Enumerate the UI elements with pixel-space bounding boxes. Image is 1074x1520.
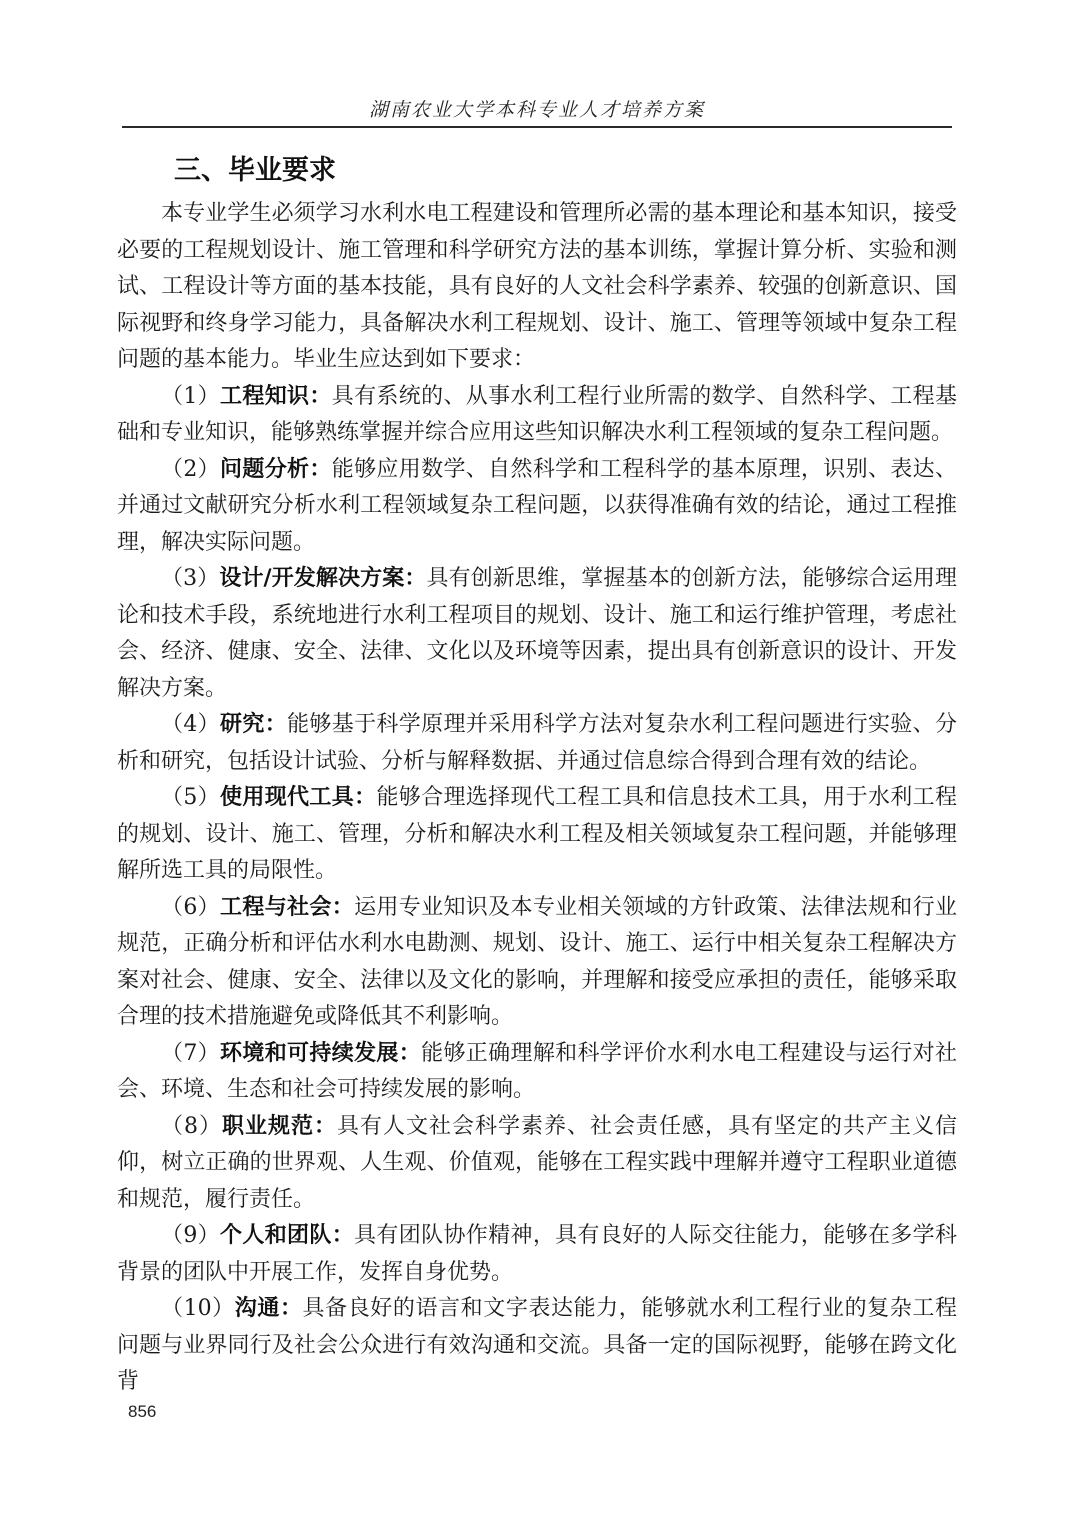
item-label: 使用现代工具： bbox=[220, 785, 376, 810]
requirement-item-10: （10）沟通：具备良好的语言和文字表达能力，能够就水利工程行业的复杂工程问题与业… bbox=[117, 1291, 957, 1401]
section-title: 三、毕业要求 bbox=[117, 155, 957, 187]
item-label: 工程知识： bbox=[220, 384, 332, 409]
item-number: （8） bbox=[161, 1114, 222, 1139]
page-number: 856 bbox=[128, 1402, 156, 1422]
page-content: 三、毕业要求 本专业学生必须学习水利水电工程建设和管理所必需的基本理论和基本知识… bbox=[117, 155, 957, 1401]
item-number: （4） bbox=[161, 712, 220, 737]
item-number: （9） bbox=[161, 1223, 220, 1248]
requirement-item-8: （8）职业规范：具有人文社会科学素养、社会责任感，具有坚定的共产主义信仰，树立正… bbox=[117, 1109, 957, 1219]
item-number: （5） bbox=[161, 785, 220, 810]
item-label: 沟通： bbox=[235, 1296, 303, 1321]
item-number: （1） bbox=[161, 384, 220, 409]
item-number: （10） bbox=[161, 1296, 235, 1321]
requirement-item-5: （5）使用现代工具：能够合理选择现代工程工具和信息技术工具，用于水利工程的规划、… bbox=[117, 780, 957, 890]
requirement-item-1: （1）工程知识：具有系统的、从事水利工程行业所需的数学、自然科学、工程基础和专业… bbox=[117, 379, 957, 452]
item-label: 职业规范： bbox=[222, 1114, 337, 1139]
requirement-item-9: （9）个人和团队：具有团队协作精神，具有良好的人际交往能力，能够在多学科背景的团… bbox=[117, 1218, 957, 1291]
item-label: 研究： bbox=[220, 712, 287, 737]
requirement-item-3: （3）设计/开发解决方案：具有创新思维，掌握基本的创新方法，能够综合运用理论和技… bbox=[117, 561, 957, 707]
document-page: 湖南农业大学本科专业人才培养方案 三、毕业要求 本专业学生必须学习水利水电工程建… bbox=[0, 0, 1074, 1520]
item-number: （2） bbox=[161, 457, 220, 482]
intro-paragraph: 本专业学生必须学习水利水电工程建设和管理所必需的基本理论和基本知识，接受必要的工… bbox=[117, 196, 957, 379]
item-label: 问题分析： bbox=[220, 457, 332, 482]
item-label: 环境和可持续发展： bbox=[220, 1041, 421, 1066]
item-label: 工程与社会： bbox=[220, 895, 354, 920]
item-number: （3） bbox=[161, 566, 219, 591]
item-label: 个人和团队： bbox=[220, 1223, 354, 1248]
requirement-item-7: （7）环境和可持续发展：能够正确理解和科学评价水利水电工程建设与运行对社会、环境… bbox=[117, 1036, 957, 1109]
requirement-item-6: （6）工程与社会：运用专业知识及本专业相关领域的方针政策、法律法规和行业规范，正… bbox=[117, 890, 957, 1036]
item-label: 设计/开发解决方案： bbox=[219, 566, 426, 591]
item-number: （7） bbox=[161, 1041, 220, 1066]
header-rule bbox=[122, 126, 952, 128]
running-header: 湖南农业大学本科专业人才培养方案 bbox=[0, 0, 1074, 121]
requirement-item-4: （4）研究：能够基于科学原理并采用科学方法对复杂水利工程问题进行实验、分析和研究… bbox=[117, 707, 957, 780]
item-number: （6） bbox=[161, 895, 220, 920]
requirement-item-2: （2）问题分析：能够应用数学、自然科学和工程科学的基本原理，识别、表达、并通过文… bbox=[117, 452, 957, 562]
